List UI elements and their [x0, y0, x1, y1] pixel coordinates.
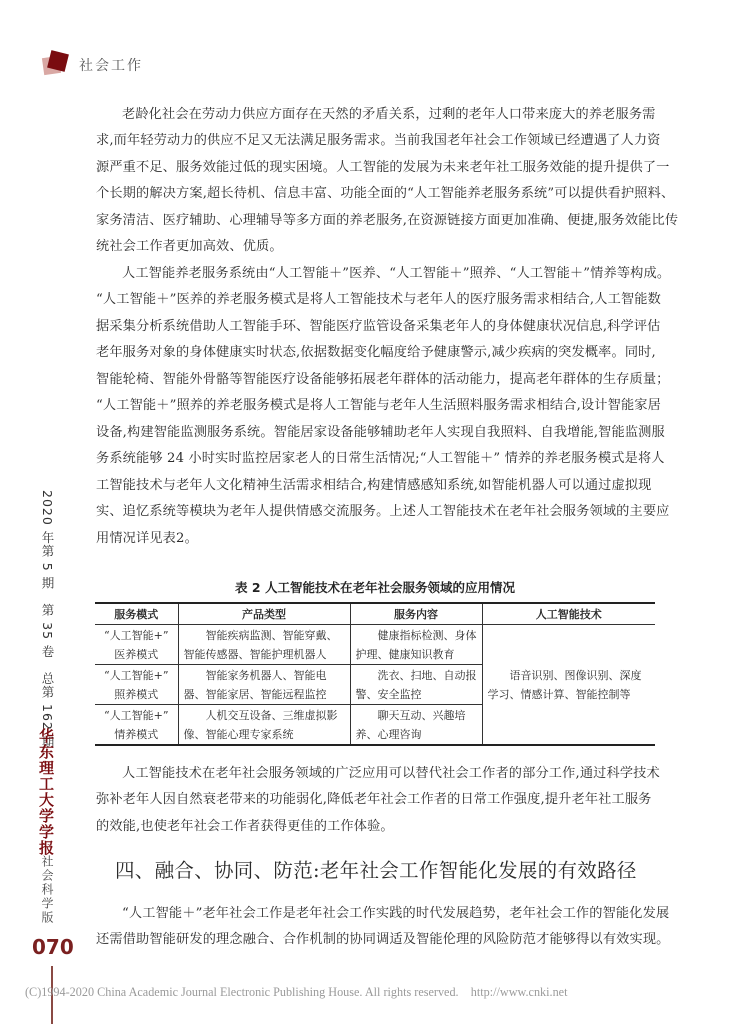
text-line: 设备,构建智能监测服务系统。智能居家设备能够辅助老年人实现自我照料、自我增能,智…: [96, 425, 656, 441]
application-table: 服务模式 产品类型 服务内容 人工智能技术 “人工智能+” 医养模式 智能疾病监…: [95, 602, 655, 746]
text-line: 家务清洁、医疗辅助、心理辅导等多方面的养老服务,在资源链接方面更加准确、便捷,服…: [96, 213, 656, 229]
text-line: 实、追忆系统等模块为老年人提供情感交流服务。上述人工智能技术在老年社会服务领域的…: [96, 504, 656, 520]
text-line: 源严重不足、服务效能过低的现实困境。人工智能的发展为未来老年社工服务效能的提升提…: [96, 160, 656, 176]
header-service-content: 服务内容: [350, 603, 482, 625]
text-line: 老年服务对象的身体健康实时状态,依据数据变化幅度给予健康警示,减少疾病的突发概率…: [96, 345, 656, 361]
text-line: 工智能技术与老年人文化精神生活需求相结合,构建情感感知系统,如智能机器人可以通过…: [96, 478, 656, 494]
cell-products: 智能疾病监测、智能穿戴、智能传感器、智能护理机器人: [178, 625, 350, 665]
journal-name: 华东理工大学学报: [36, 728, 57, 856]
section-label: 社会工作: [79, 55, 143, 75]
text-line: 人工智能养老服务系统由“人工智能＋”医养、“人工智能＋”照养、“人工智能＋”情养…: [122, 266, 682, 282]
text-line: 智能轮椅、智能外骨骼等智能医疗设备能够拓展老年群体的活动能力，提高老年群体的生存…: [96, 372, 656, 388]
mode-line: 照养模式: [100, 685, 173, 704]
cell-services: 聊天互动、兴趣培养、心理咨询: [350, 705, 482, 746]
mode-line: “人工智能+”: [100, 626, 173, 645]
mode-line: 情养模式: [100, 725, 173, 744]
section-heading: 四、融合、协同、防范:老年社会工作智能化发展的有效路径: [115, 855, 637, 883]
cell-products: 智能家务机器人、智能电器、智能家居、智能远程监控: [178, 665, 350, 705]
cell-services: 洗衣、扫地、自动报警、安全监控: [350, 665, 482, 705]
text-line: 务系统能够 24 小时实时监控居家老人的日常生活情况;“人工智能＋” 情养的养老…: [96, 451, 656, 467]
mode-line: “人工智能+”: [100, 666, 173, 685]
cnki-link[interactable]: http://www.cnki.net: [471, 985, 568, 999]
text-line: 老龄化社会在劳动力供应方面存在天然的矛盾关系，过剩的老年人口带来庞大的养老服务需: [122, 107, 682, 123]
copyright-footer: (C)1994-2020 China Academic Journal Elec…: [25, 985, 567, 1000]
header-product-type: 产品类型: [178, 603, 350, 625]
text-line: 据采集分析系统借助人工智能手环、智能医疗监管设备采集老年人的身体健康状况信息,科…: [96, 319, 656, 335]
page-number: 070: [32, 935, 74, 959]
table-row: “人工智能+” 医养模式 智能疾病监测、智能穿戴、智能传感器、智能护理机器人 健…: [95, 625, 655, 665]
text-line: 用情况详见表2。: [96, 531, 656, 547]
header-service-mode: 服务模式: [95, 603, 178, 625]
cell-products: 人机交互设备、三维虚拟影像、智能心理专家系统: [178, 705, 350, 746]
text-line: “人工智能＋”照养的养老服务模式是将人工智能与老年人生活照料服务需求相结合,设计…: [96, 398, 656, 414]
text-line: 还需借助智能研发的理念融合、合作机制的协同调适及智能伦理的风险防范才能够得以有效…: [96, 932, 656, 948]
table-header-row: 服务模式 产品类型 服务内容 人工智能技术: [95, 603, 655, 625]
text-line: “人工智能＋”老年社会工作是老年社会工作实践的时代发展趋势，老年社会工作的智能化…: [122, 906, 682, 922]
text-line: 个长期的解决方案,超长待机、信息丰富、功能全面的“人工智能养老服务系统”可以提供…: [96, 186, 656, 202]
cell-mode: “人工智能+” 医养模式: [95, 625, 178, 665]
text-line: 人工智能技术在老年社会服务领域的广泛应用可以替代社会工作者的部分工作,通过科学技…: [122, 766, 682, 782]
mode-line: “人工智能+”: [100, 706, 173, 725]
copyright-text: (C)1994-2020 China Academic Journal Elec…: [25, 985, 459, 999]
text-line: 求,而年轻劳动力的供应不足又无法满足服务需求。当前我国老年社会工作领域已经遭遇了…: [96, 133, 656, 149]
cell-mode: “人工智能+” 情养模式: [95, 705, 178, 746]
issue-info: 2020 年第 5 期 第 35 卷 总第 162 期: [38, 490, 56, 749]
text-line: 统社会工作者更加高效、优质。: [96, 239, 656, 255]
mode-line: 医养模式: [100, 645, 173, 664]
cell-services: 健康指标检测、身体护理、健康知识教育: [350, 625, 482, 665]
cell-mode: “人工智能+” 照养模式: [95, 665, 178, 705]
journal-edition: 社会科学版: [39, 855, 56, 925]
cell-ai-tech: 语音识别、图像识别、深度学习、情感计算、智能控制等: [482, 625, 655, 746]
text-line: 弥补老年人因自然衰老带来的功能弱化,降低老年社会工作者的日常工作强度,提升老年社…: [96, 792, 656, 808]
text-line: 的效能,也使老年社会工作者获得更佳的工作体验。: [96, 819, 656, 835]
table-caption: 表 2 人工智能技术在老年社会服务领域的应用情况: [0, 578, 750, 596]
text-line: “人工智能＋”医养的养老服务模式是将人工智能技术与老年人的医疗服务需求相结合,人…: [96, 292, 656, 308]
header-ai-tech: 人工智能技术: [482, 603, 655, 625]
